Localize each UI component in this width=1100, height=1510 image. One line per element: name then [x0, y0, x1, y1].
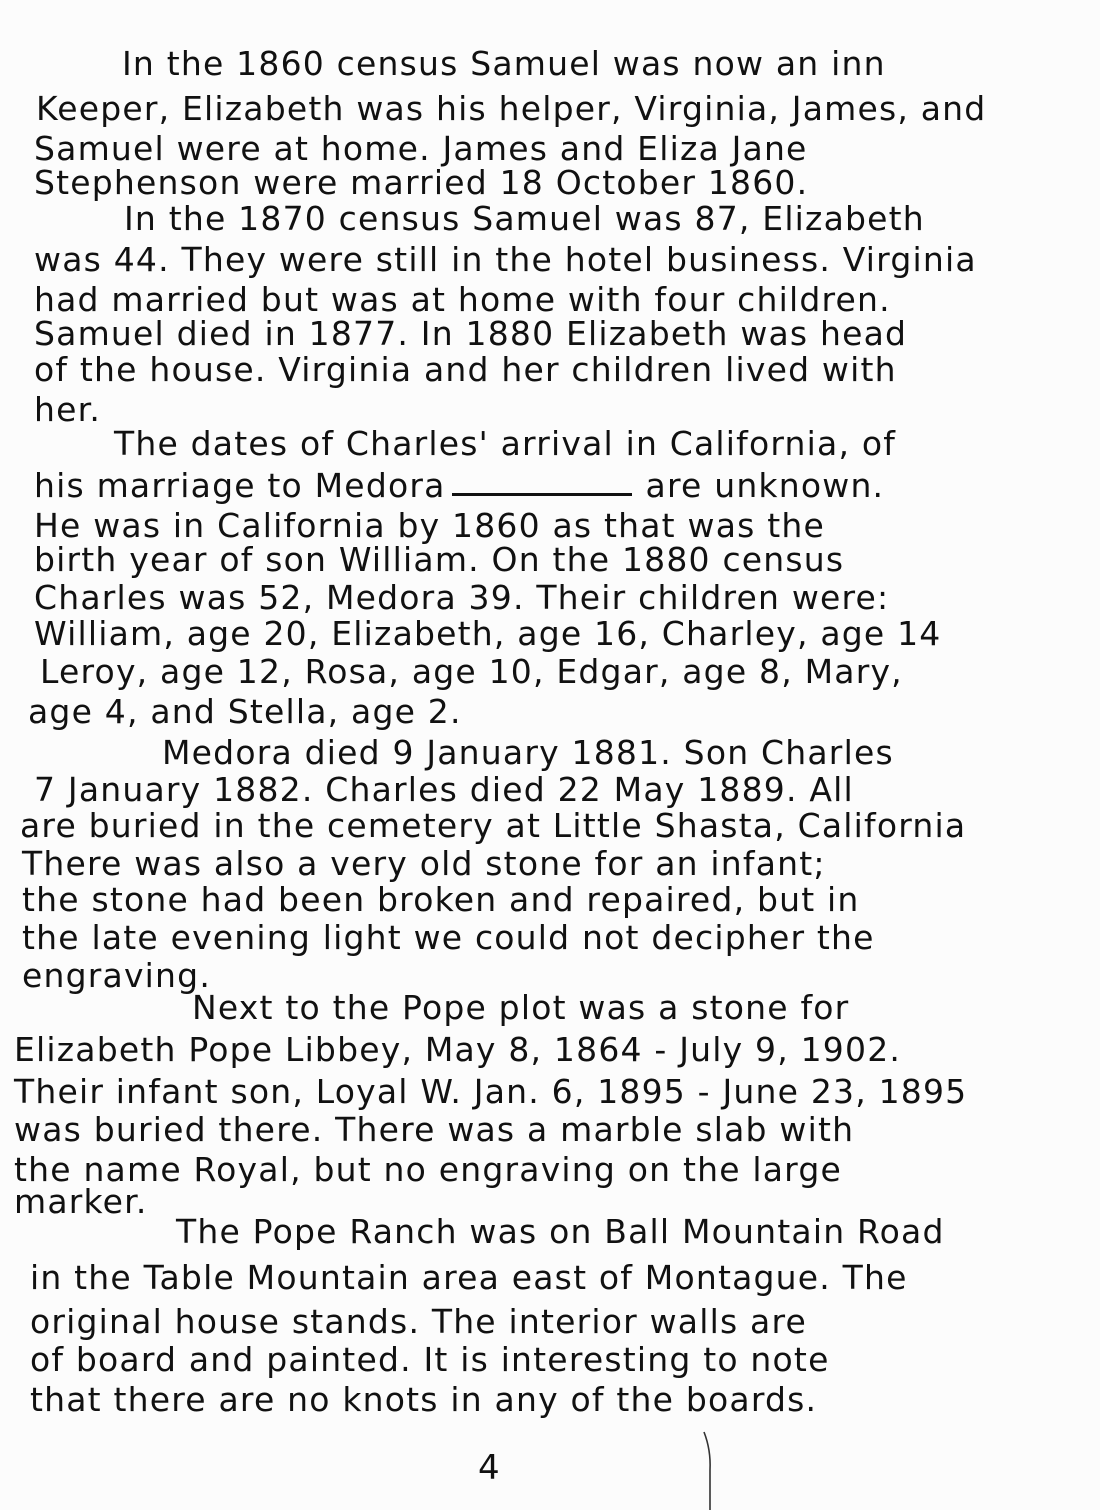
text-line: Leroy, age 12, Rosa, age 10, Edgar, age … [40, 652, 903, 692]
text-line-content: Keeper, Elizabeth was his helper, Virgin… [36, 89, 986, 128]
text-line-content: Leroy, age 12, Rosa, age 10, Edgar, age … [40, 652, 903, 691]
text-line: birth year of son William. On the 1880 c… [34, 540, 844, 580]
text-line-content: that there are no knots in any of the bo… [30, 1380, 817, 1419]
text-line: Elizabeth Pope Libbey, May 8, 1864 - Jul… [14, 1030, 901, 1070]
text-line-content: In the 1860 census Samuel was now an inn [122, 44, 886, 83]
text-line: Next to the Pope plot was a stone for [192, 988, 849, 1028]
text-line: her. [34, 390, 101, 430]
text-line-content: In the 1870 census Samuel was 87, Elizab… [124, 199, 925, 238]
margin-stroke-mark [703, 1430, 713, 1510]
text-line-content: Their infant son, Loyal W. Jan. 6, 1895 … [14, 1072, 967, 1111]
blank-surname-underline [452, 479, 632, 496]
text-line: Their infant son, Loyal W. Jan. 6, 1895 … [14, 1072, 967, 1112]
text-line: William, age 20, Elizabeth, age 16, Char… [34, 614, 942, 654]
text-line-content: the late evening light we could not deci… [22, 918, 875, 957]
text-line: In the 1860 census Samuel was now an inn [122, 44, 886, 84]
text-line-content: Stephenson were married 18 October 1860. [34, 163, 808, 202]
text-line: was 44. They were still in the hotel bus… [34, 240, 977, 280]
text-line: the late evening light we could not deci… [22, 918, 875, 958]
text-line: of the house. Virginia and her children … [34, 350, 897, 390]
text-line: original house stands. The interior wall… [30, 1302, 807, 1342]
text-line-content: original house stands. The interior wall… [30, 1302, 807, 1341]
text-line: Keeper, Elizabeth was his helper, Virgin… [36, 89, 986, 129]
text-line-content: The Pope Ranch was on Ball Mountain Road [176, 1212, 945, 1251]
text-line: Stephenson were married 18 October 1860. [34, 163, 808, 203]
text-line-content: Next to the Pope plot was a stone for [192, 988, 849, 1027]
text-line-content: her. [34, 390, 101, 429]
text-line-content: Samuel died in 1877. In 1880 Elizabeth w… [34, 314, 907, 353]
text-line-content: The dates of Charles' arrival in Califor… [114, 424, 896, 463]
text-line-content: 7 January 1882. Charles died 22 May 1889… [34, 770, 854, 809]
text-line-content: his marriage to Medora [34, 466, 446, 505]
text-line-content: of board and painted. It is interesting … [30, 1340, 830, 1379]
text-line: engraving. [22, 956, 211, 996]
text-line: age 4, and Stella, age 2. [28, 692, 462, 732]
handwritten-page: In the 1860 census Samuel was now an inn… [0, 0, 1100, 1510]
text-line: The dates of Charles' arrival in Califor… [114, 424, 896, 464]
text-line: Samuel died in 1877. In 1880 Elizabeth w… [34, 314, 907, 354]
text-line: Charles was 52, Medora 39. Their childre… [34, 578, 889, 618]
text-line-content: Medora died 9 January 1881. Son Charles [162, 733, 894, 772]
text-line-content: engraving. [22, 956, 211, 995]
text-line-content: Elizabeth Pope Libbey, May 8, 1864 - Jul… [14, 1030, 901, 1069]
text-line: was buried there. There was a marble sla… [14, 1110, 854, 1150]
text-line-content: birth year of son William. On the 1880 c… [34, 540, 844, 579]
text-line-content: the stone had been broken and repaired, … [22, 880, 860, 919]
page-number: 4 [478, 1448, 500, 1488]
text-line-content: was 44. They were still in the hotel bus… [34, 240, 977, 279]
text-line: The Pope Ranch was on Ball Mountain Road [176, 1212, 945, 1252]
text-line: of board and painted. It is interesting … [30, 1340, 830, 1380]
text-line: the stone had been broken and repaired, … [22, 880, 860, 920]
text-line: marker. [14, 1182, 148, 1222]
text-line: in the Table Mountain area east of Monta… [30, 1258, 908, 1298]
text-line: There was also a very old stone for an i… [22, 844, 826, 884]
text-line-content: There was also a very old stone for an i… [22, 844, 826, 883]
text-line-content: William, age 20, Elizabeth, age 16, Char… [34, 614, 942, 653]
text-line: In the 1870 census Samuel was 87, Elizab… [124, 199, 925, 239]
text-line: his marriage to Medoraare unknown. [34, 466, 884, 506]
text-line: are buried in the cemetery at Little Sha… [20, 806, 966, 846]
text-line-content: marker. [14, 1182, 148, 1221]
text-line: Medora died 9 January 1881. Son Charles [162, 733, 894, 773]
text-line-suffix: are unknown. [646, 466, 885, 505]
text-line: that there are no knots in any of the bo… [30, 1380, 817, 1420]
text-line-content: was buried there. There was a marble sla… [14, 1110, 854, 1149]
text-line-content: of the house. Virginia and her children … [34, 350, 897, 389]
text-line-content: are buried in the cemetery at Little Sha… [20, 806, 966, 845]
text-line-content: Charles was 52, Medora 39. Their childre… [34, 578, 889, 617]
text-line-content: age 4, and Stella, age 2. [28, 692, 462, 731]
text-line-content: in the Table Mountain area east of Monta… [30, 1258, 908, 1297]
text-line: 7 January 1882. Charles died 22 May 1889… [34, 770, 854, 810]
